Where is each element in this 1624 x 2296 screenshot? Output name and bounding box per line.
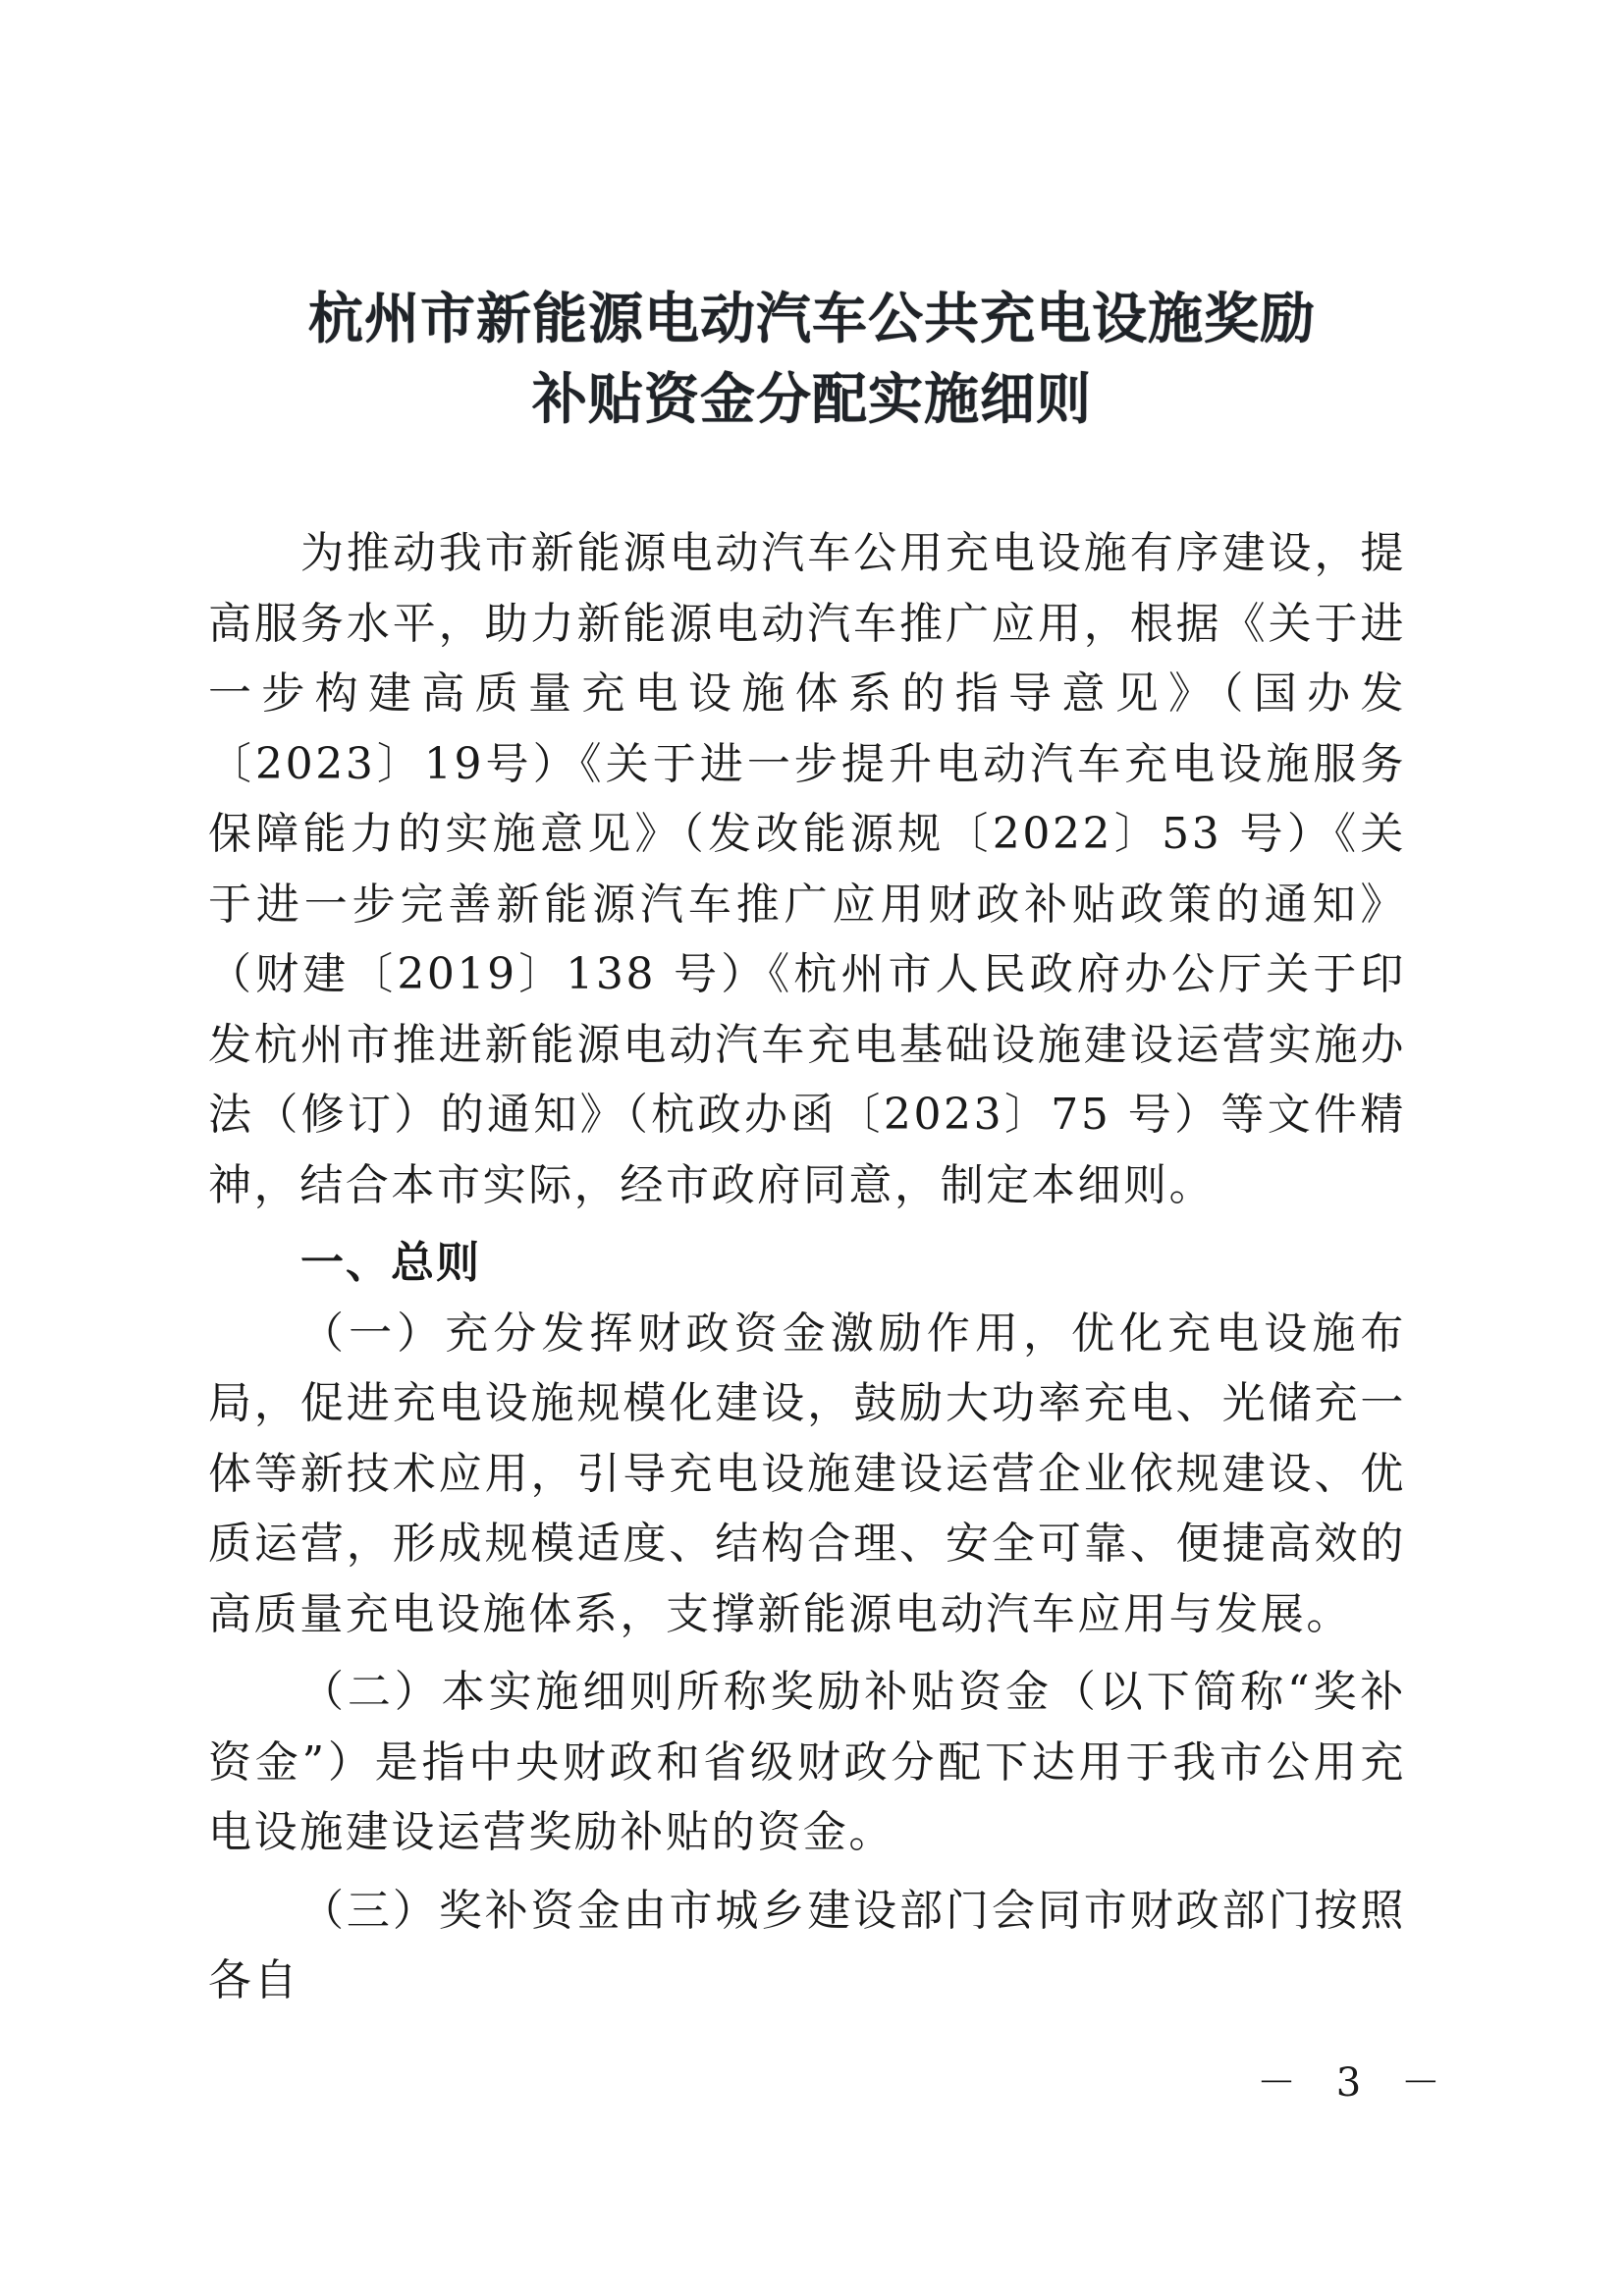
title-line-1: 杭州市新能源电动汽车公共充电设施奖励 — [196, 280, 1428, 360]
section-heading-general-provisions: 一、总则 — [208, 1228, 1406, 1299]
document-title: 杭州市新能源电动汽车公共充电设施奖励 补贴资金分配实施细则 — [196, 280, 1428, 441]
document-page: 杭州市新能源电动汽车公共充电设施奖励 补贴资金分配实施细则 为推动我市新能源电动… — [0, 0, 1624, 2296]
clause-2-paragraph: （二）本实施细则所称奖励补贴资金（以下简称“奖补资金”）是指中央财政和省级财政分… — [208, 1657, 1406, 1868]
clause-3-paragraph: （三）奖补资金由市城乡建设部门会同市财政部门按照各自 — [208, 1876, 1406, 2016]
spacer — [208, 1868, 1406, 1876]
spacer — [208, 1649, 1406, 1657]
clause-1-paragraph: （一）充分发挥财政资金激励作用，优化充电设施布局，促进充电设施规模化建设，鼓励大… — [208, 1299, 1406, 1650]
spacer — [208, 1220, 1406, 1228]
page-number: － 3 － — [1257, 2052, 1454, 2108]
preamble-paragraph: 为推动我市新能源电动汽车公用充电设施有序建设，提高服务水平，助力新能源电动汽车推… — [208, 518, 1406, 1220]
title-line-2: 补贴资金分配实施细则 — [196, 360, 1428, 441]
document-body: 为推动我市新能源电动汽车公用充电设施有序建设，提高服务水平，助力新能源电动汽车推… — [208, 518, 1406, 2016]
